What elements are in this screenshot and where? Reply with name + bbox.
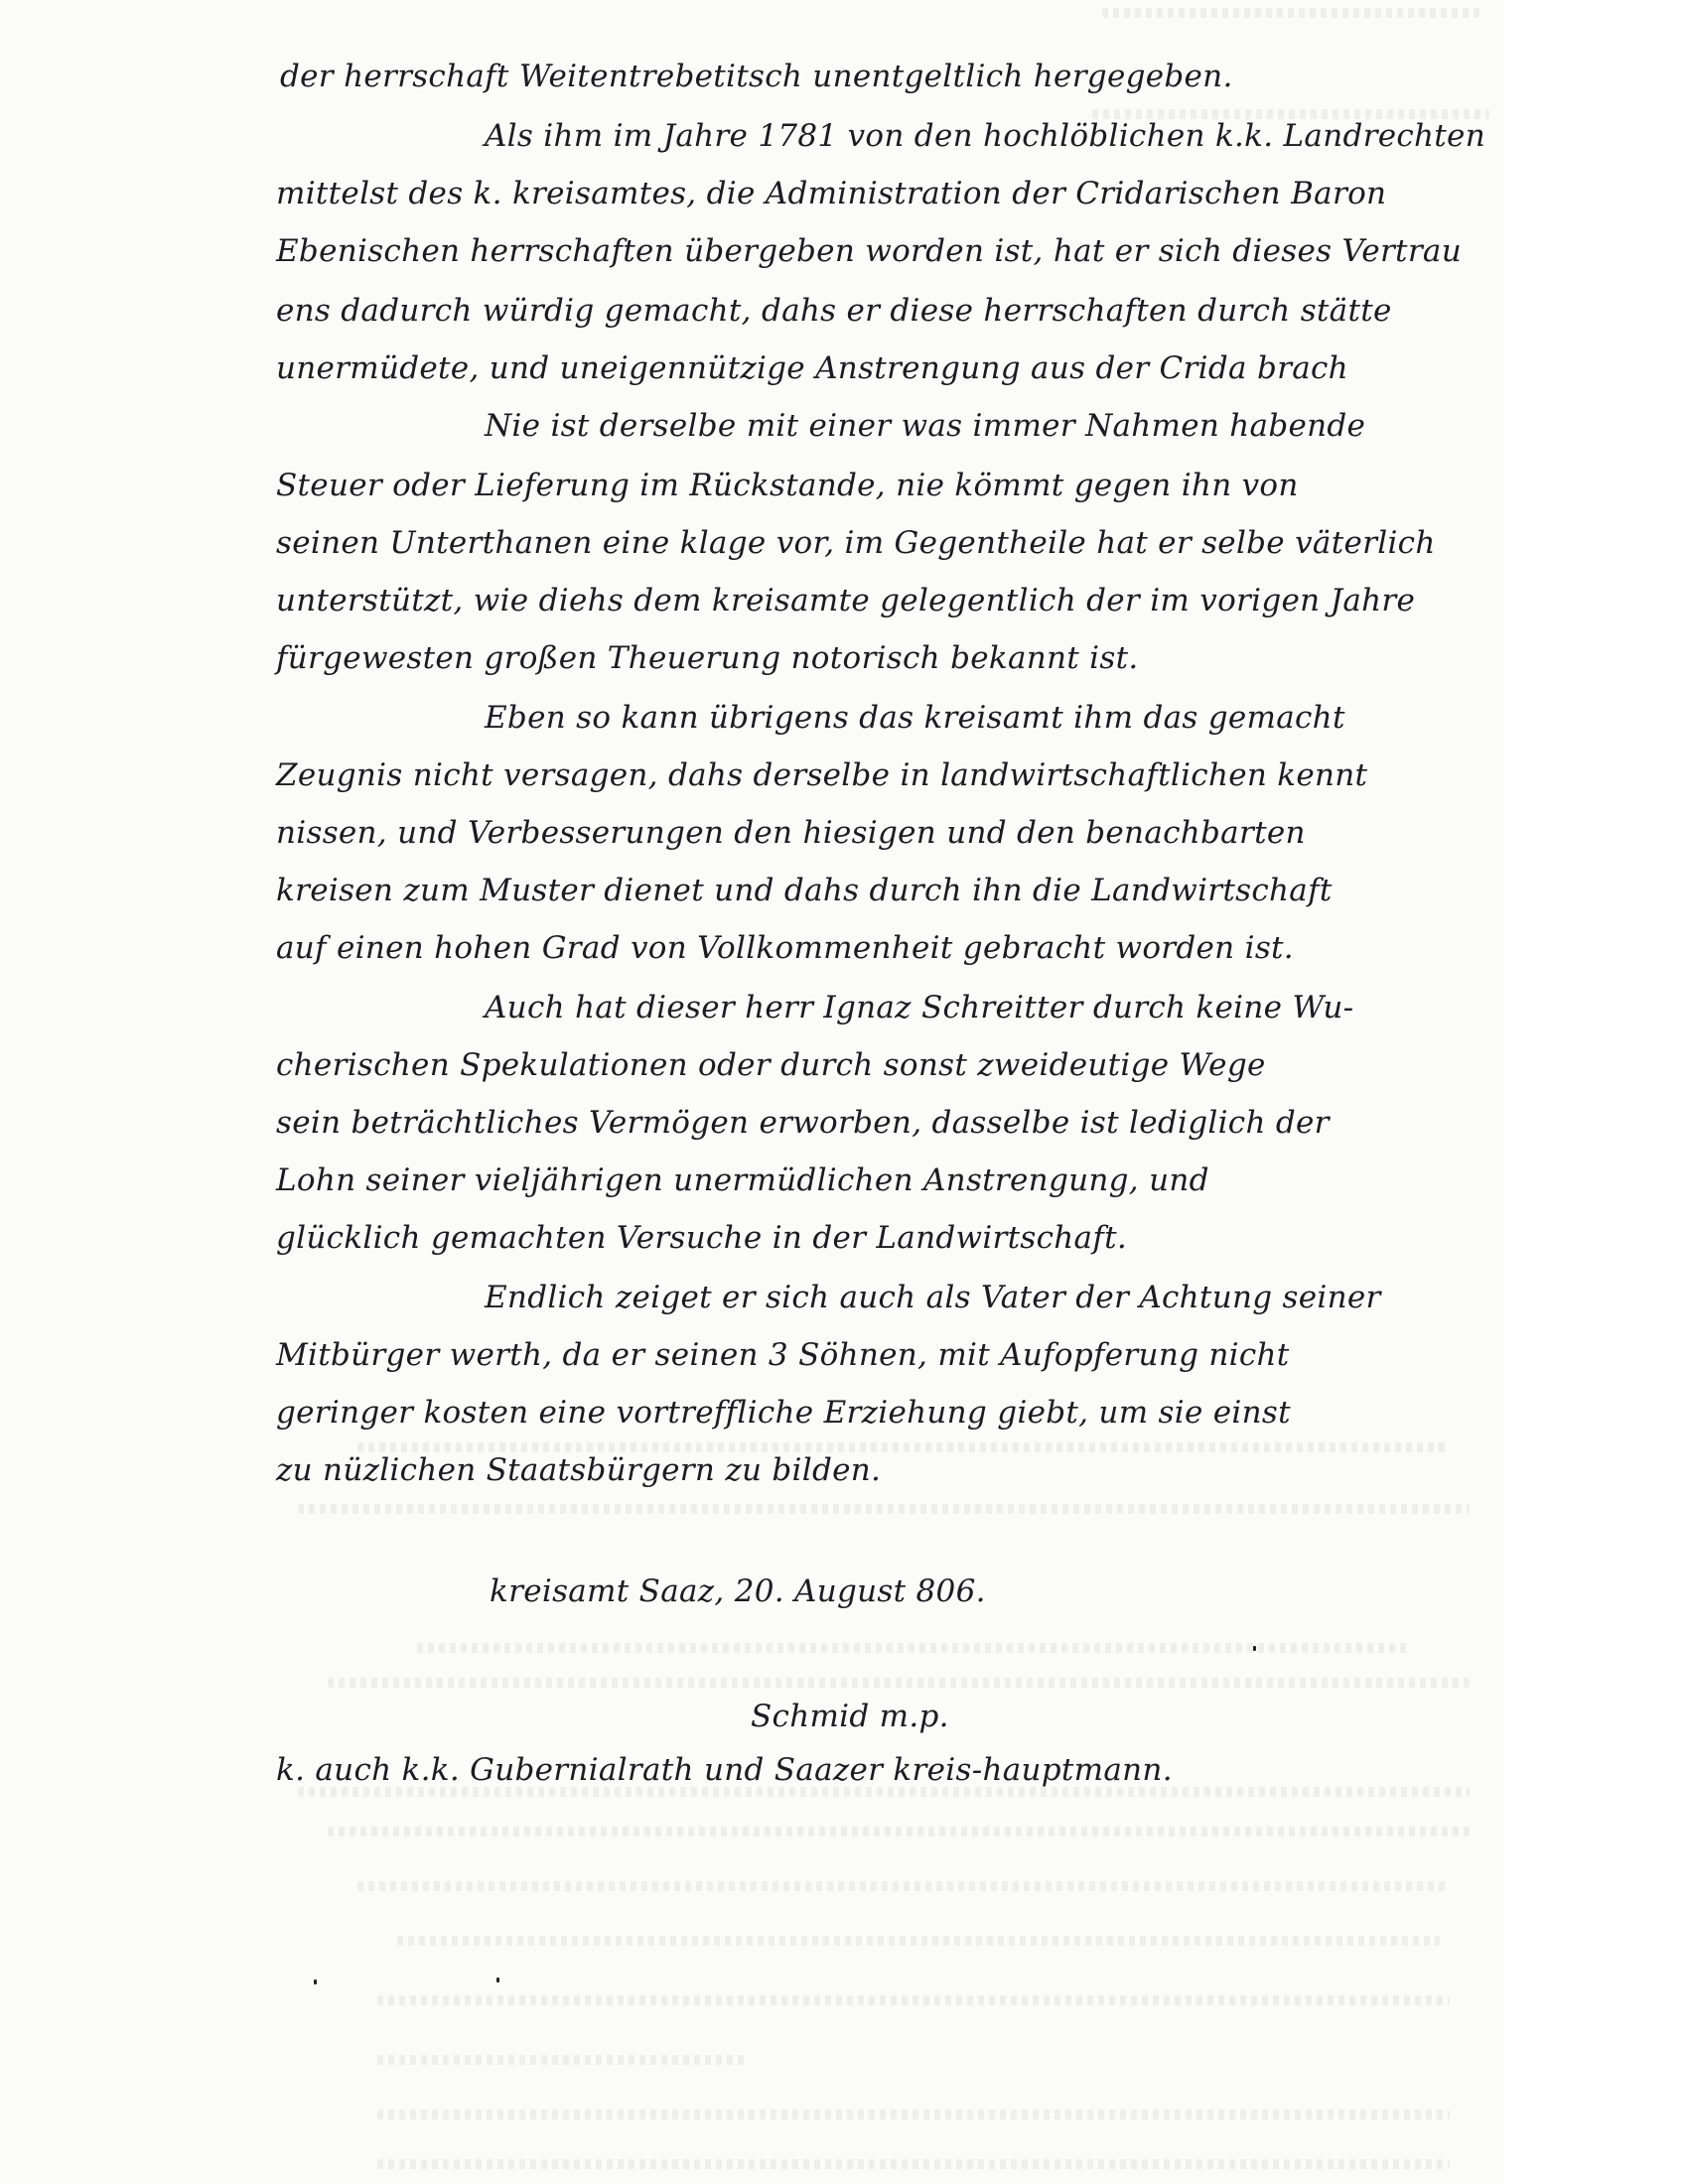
text-line: glücklich gemachten Versuche in der Land… <box>276 1209 1127 1267</box>
text-line: seinen Unterthanen eine klage vor, im Ge… <box>276 514 1436 572</box>
text-line: Lohn seiner vieljährigen unermüdlichen A… <box>276 1152 1209 1209</box>
text-line: Zeugnis nicht versagen, dahs derselbe in… <box>276 747 1367 804</box>
bleed-through-line <box>328 1827 1470 1837</box>
text-line: Auch hat dieser herr Ignaz Schreitter du… <box>485 979 1353 1036</box>
bleed-through-line <box>377 1995 1450 2005</box>
bleed-through-line <box>377 2055 745 2065</box>
bleed-through-line <box>298 1504 1470 1514</box>
text-line: fürgewesten großen Theuerung notorisch b… <box>276 629 1139 687</box>
bleed-through-line <box>377 2110 1450 2119</box>
signatory-title: k. auch k.k. Gubernialrath und Saazer kr… <box>276 1741 1173 1799</box>
text-line: Als ihm im Jahre 1781 von den hochlöblic… <box>485 107 1485 165</box>
text-line: zu nüzlichen Staatsbürgern zu bilden. <box>276 1441 881 1499</box>
bleed-through-line <box>357 1881 1450 1891</box>
bleed-through-line <box>397 1936 1440 1946</box>
text-line: Ebenischen herrschaften übergeben worden… <box>276 222 1462 280</box>
text-line: cherischen Spekulationen oder durch sons… <box>276 1036 1266 1094</box>
text-line: ens dadurch würdig gemacht, dahs er dies… <box>276 282 1392 340</box>
text-line: mittelst des k. kreisamtes, die Administ… <box>276 165 1386 222</box>
text-line: Steuer oder Lieferung im Rückstande, nie… <box>276 457 1299 514</box>
text-line: nissen, und Verbesserungen den hiesigen … <box>276 804 1306 862</box>
text-line: geringer kosten eine vortreffliche Erzie… <box>276 1384 1291 1441</box>
ink-speck <box>314 1979 317 1984</box>
text-line: Eben so kann übrigens das kreisamt ihm d… <box>485 689 1345 747</box>
text-line: Nie ist derselbe mit einer was immer Nah… <box>485 397 1365 455</box>
text-line: sein beträchtliches Vermögen erworben, d… <box>276 1094 1330 1152</box>
text-line: auf einen hohen Grad von Vollkommenheit … <box>276 919 1294 977</box>
bleed-through-line <box>417 1643 1410 1653</box>
bleed-through-line <box>377 2159 1450 2169</box>
text-line: unterstützt, wie diehs dem kreisamte gel… <box>276 572 1415 629</box>
bleed-through-line <box>328 1678 1470 1688</box>
text-line: Mitbürger werth, da er seinen 3 Söhnen, … <box>276 1326 1290 1384</box>
ink-speck <box>1253 1646 1256 1651</box>
ink-speck <box>496 1978 499 1982</box>
text-line: kreisen zum Muster dienet und dahs durch… <box>276 862 1333 919</box>
text-line: der herrschaft Weitentrebetitsch unentge… <box>280 48 1233 105</box>
scanned-page: der herrschaft Weitentrebetitsch unentge… <box>0 0 1688 2184</box>
text-line: unermüdete, und uneigennützige Anstrengu… <box>276 340 1348 397</box>
signature: Schmid m.p. <box>751 1688 949 1745</box>
bleed-through-line <box>1102 8 1479 18</box>
text-line: Endlich zeiget er sich auch als Vater de… <box>485 1269 1381 1326</box>
place-date: kreisamt Saaz, 20. August 806. <box>490 1563 986 1620</box>
